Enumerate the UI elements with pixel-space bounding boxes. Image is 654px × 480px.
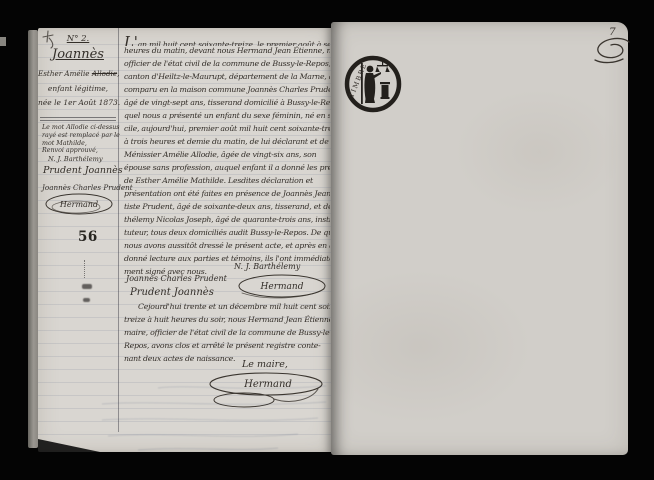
given-names-kept: Esther Amélie xyxy=(38,69,92,78)
corner-shadow xyxy=(38,432,100,452)
ink-bleed-marks xyxy=(84,260,85,278)
margin-mayor-signature-flourish: Hermand xyxy=(43,192,115,218)
bleed-through-texture xyxy=(98,380,330,454)
act-line: âgé de vingt-sept ans, tisserand domicil… xyxy=(124,98,330,111)
closing-line: treize à huit heures du soir, nous Herma… xyxy=(124,315,330,328)
act-line: heures du matin, devant nous Hermand Jea… xyxy=(124,46,330,59)
paraph-icon xyxy=(589,34,637,66)
act-line: L'an mil huit cent soixante-treize, le p… xyxy=(124,33,330,46)
act-line: nous avons aussitôt dressé le présent ac… xyxy=(124,241,330,254)
margin-given-names: Esther Amélie Allodie, xyxy=(38,69,118,78)
ink-blot xyxy=(83,298,90,302)
act-line: cile, aujourd'hui, premier août mil huit… xyxy=(124,124,330,137)
act-line: canton d'Heiltz-le-Maurupt, département … xyxy=(124,72,330,85)
margin-note-line: Renvoi approuvé, xyxy=(42,147,98,155)
margin-separator-line xyxy=(40,117,116,118)
declarant-signature-2: Prudent Joannès xyxy=(130,287,214,298)
page-edge-stack xyxy=(28,30,38,448)
margin-act-number: N° 2. xyxy=(38,34,118,44)
margin-note-line: Le mot Allodie ci-dessus xyxy=(42,124,120,132)
witness-signature: N. J. Barthélemy xyxy=(234,262,300,271)
act-line: à trois heures et demie du matin, de lui… xyxy=(124,137,330,150)
act-line: tiste Prudent, âgé de soixante-deux ans,… xyxy=(124,202,330,215)
mayor-signature: Hermand xyxy=(260,282,304,292)
act-line: présentation ont été faites en présence … xyxy=(124,189,330,202)
given-names-comma: , xyxy=(117,69,119,78)
closing-line: maire, officier de l'état civil de la co… xyxy=(124,328,330,341)
act-line: de Esther Amélie Mathilde. Lesdites décl… xyxy=(124,176,330,189)
given-name-struck: Allodie xyxy=(92,69,117,78)
scanned-register-spread: N° 2. Joannès Esther Amélie Allodie, enf… xyxy=(0,0,654,480)
ink-blot xyxy=(82,284,92,289)
act-line: tuteur, tous deux domiciliés audit Bussy… xyxy=(124,228,330,241)
margin-note-signature: N. J. Barthélemy xyxy=(48,155,103,163)
margin-separator-line xyxy=(40,120,116,121)
scan-artifact xyxy=(0,37,6,46)
mayor-signature-flourish: Hermand xyxy=(236,273,328,301)
declarant-signature-1: Joannès Charles Prudent xyxy=(126,274,227,283)
margin-rule xyxy=(118,28,119,432)
margin-surname: Joannès xyxy=(38,47,118,62)
folio-number: 56 xyxy=(78,229,98,245)
act-line: thélemy Nicolas Joseph, âgé de quarante-… xyxy=(124,215,330,228)
margin-signature-prudent-joannes: Prudent Joannès xyxy=(43,165,123,176)
margin-signature-joannes-charles: Joannès Charles Prudent xyxy=(42,183,133,192)
closing-line: Repos, avons clos et arrêté le présent r… xyxy=(124,341,330,354)
margin-note-line: rayé est remplacé par le xyxy=(42,132,120,140)
act-line: Ménissier Amélie Allodie, âgée de vingt-… xyxy=(124,150,330,163)
timbre-stamp-icon: TIMBRE xyxy=(340,52,406,118)
right-page: TIMBRE 7 xyxy=(331,22,628,455)
act-line: comparu en la maison commune Joannès Cha… xyxy=(124,85,330,98)
margin-filiation: enfant légitime, xyxy=(38,84,118,93)
left-page: N° 2. Joannès Esther Amélie Allodie, enf… xyxy=(38,28,333,452)
closing-line: nant deux actes de naissance. xyxy=(124,354,330,367)
act-line: épouse sans profession, auquel enfant il… xyxy=(124,163,330,176)
closing-line: Cejourd'hui trente et un décembre mil hu… xyxy=(138,302,330,315)
margin-birth-date: née le 1er Août 1873. xyxy=(38,98,118,107)
act-line: officier de l'état civil de la commune d… xyxy=(124,59,330,72)
margin-mayor-signature: Hermand xyxy=(59,200,98,209)
act-line: quel nous a présenté un enfant du sexe f… xyxy=(124,111,330,124)
